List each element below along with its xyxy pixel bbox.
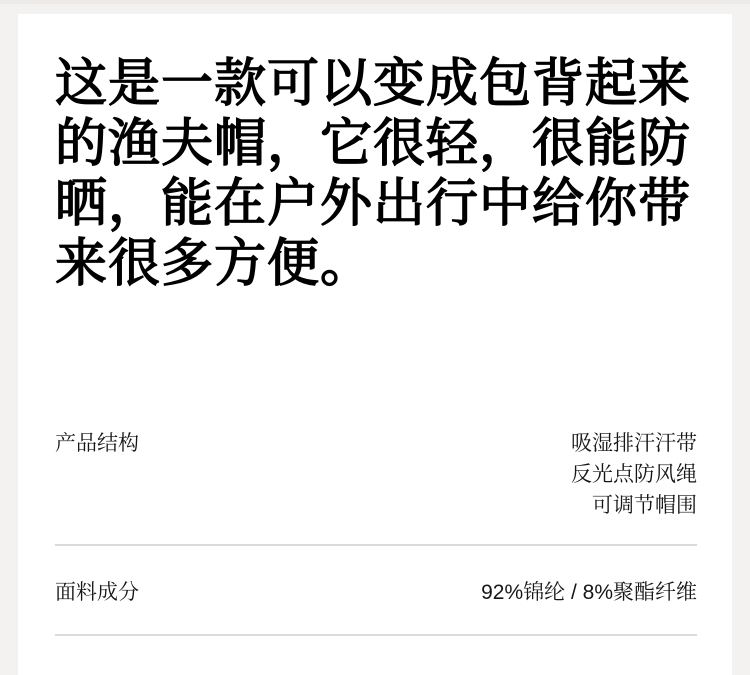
spec-label-fabric-composition: 面料成分	[55, 577, 139, 608]
spec-values-product-structure: 吸湿排汗汗带 反光点防风绳 可调节帽围	[571, 428, 697, 521]
product-description-card: 这是一款可以变成包背起来 的渔夫帽，它很轻，很能防 晒，能在户外出行中给你带 来…	[18, 14, 732, 675]
spec-value-fabric-composition: 92%锦纶 / 8%聚酯纤维	[481, 577, 697, 608]
spec-value-adjustable-band: 可调节帽围	[571, 490, 697, 521]
headline-line-4: 来很多方便。	[55, 234, 697, 294]
headline-line-2: 的渔夫帽，它很轻，很能防	[55, 114, 697, 174]
top-edge-line	[0, 0, 750, 4]
spec-row-fabric-composition: 面料成分 92%锦纶 / 8%聚酯纤维	[55, 577, 697, 608]
spec-value-windproof-rope: 反光点防风绳	[571, 459, 697, 490]
spec-values-fabric-composition: 92%锦纶 / 8%聚酯纤维	[481, 577, 697, 608]
headline-line-1: 这是一款可以变成包背起来	[55, 54, 697, 114]
section-divider-1	[55, 544, 697, 546]
spec-label-product-structure: 产品结构	[55, 428, 139, 459]
product-description-page: { "theme": { "page_bg": "#f4f2f0", "top_…	[0, 0, 750, 675]
section-divider-2	[55, 634, 697, 636]
spec-value-sweatband: 吸湿排汗汗带	[571, 428, 697, 459]
headline-line-3: 晒，能在户外出行中给你带	[55, 174, 697, 234]
spec-row-product-structure: 产品结构 吸湿排汗汗带 反光点防风绳 可调节帽围	[55, 428, 697, 521]
product-headline: 这是一款可以变成包背起来 的渔夫帽，它很轻，很能防 晒，能在户外出行中给你带 来…	[55, 54, 697, 294]
